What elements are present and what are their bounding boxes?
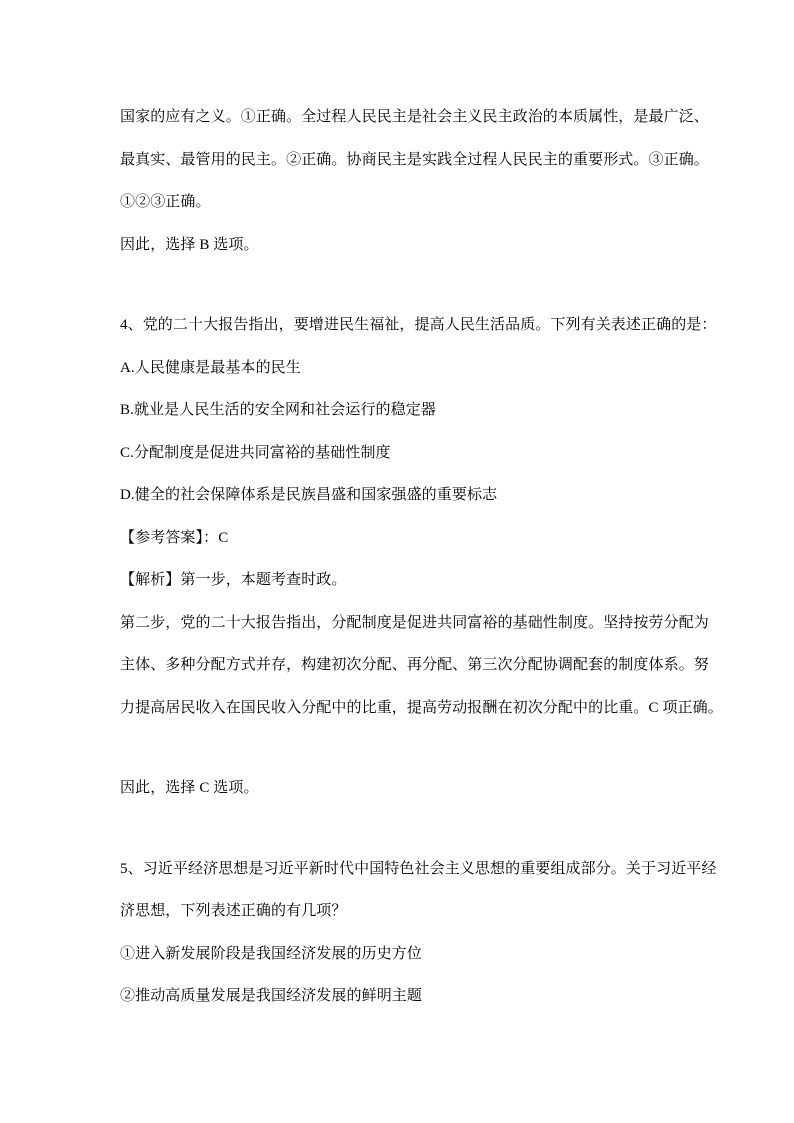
question-5-item-2: ②推动高质量发展是我国经济发展的鲜明主题 [120, 975, 689, 1018]
question-4-analysis-step2-line-2: 主体、多种分配方式并存，构建初次分配、再分配、第三次分配协调配套的制度体系。努 [120, 644, 689, 687]
question-4-conclusion: 因此，选择 C 选项。 [120, 767, 689, 810]
question-4-analysis-step1: 【解析】第一步，本题考查时政。 [120, 559, 689, 602]
question-4-option-c: C.分配制度是促进共同富裕的基础性制度 [120, 432, 689, 475]
question-4-option-a: A.人民健康是最基本的民生 [120, 347, 689, 390]
explanation-continued-line-3: ①②③正确。 [120, 181, 689, 224]
explanation-continued-line-1: 国家的应有之义。①正确。全过程人民民主是社会主义民主政治的本质属性，是最广泛、 [120, 96, 689, 139]
question-4-reference-answer: 【参考答案】：C [120, 517, 689, 560]
question-4-option-d: D.健全的社会保障体系是民族昌盛和国家强盛的重要标志 [120, 474, 689, 517]
blank-line [120, 810, 689, 848]
blank-line [120, 266, 689, 304]
question-5-stem-line-1: 5、习近平经济思想是习近平新时代中国特色社会主义思想的重要组成部分。关于习近平经 [120, 848, 689, 891]
question-5-item-1: ①进入新发展阶段是我国经济发展的历史方位 [120, 933, 689, 976]
document-page: 国家的应有之义。①正确。全过程人民民主是社会主义民主政治的本质属性，是最广泛、 … [0, 0, 794, 1123]
question-4-stem: 4、党的二十大报告指出，要增进民生福祉，提高人民生活品质。下列有关表述正确的是： [120, 304, 689, 347]
question-5-stem-line-2: 济思想，下列表述正确的有几项？ [120, 890, 689, 933]
question-4-analysis-step2-line-3: 力提高居民收入在国民收入分配中的比重，提高劳动报酬在初次分配中的比重。C 项正确… [120, 687, 689, 730]
explanation-continued-line-2: 最真实、最管用的民主。②正确。协商民主是实践全过程人民民主的重要形式。③正确。 [120, 139, 689, 182]
explanation-conclusion-b: 因此，选择 B 选项。 [120, 224, 689, 267]
question-4-option-b: B.就业是人民生活的安全网和社会运行的稳定器 [120, 389, 689, 432]
question-4-analysis-step2-line-1: 第二步，党的二十大报告指出，分配制度是促进共同富裕的基础性制度。坚持按劳分配为 [120, 602, 689, 645]
blank-line [120, 729, 689, 767]
